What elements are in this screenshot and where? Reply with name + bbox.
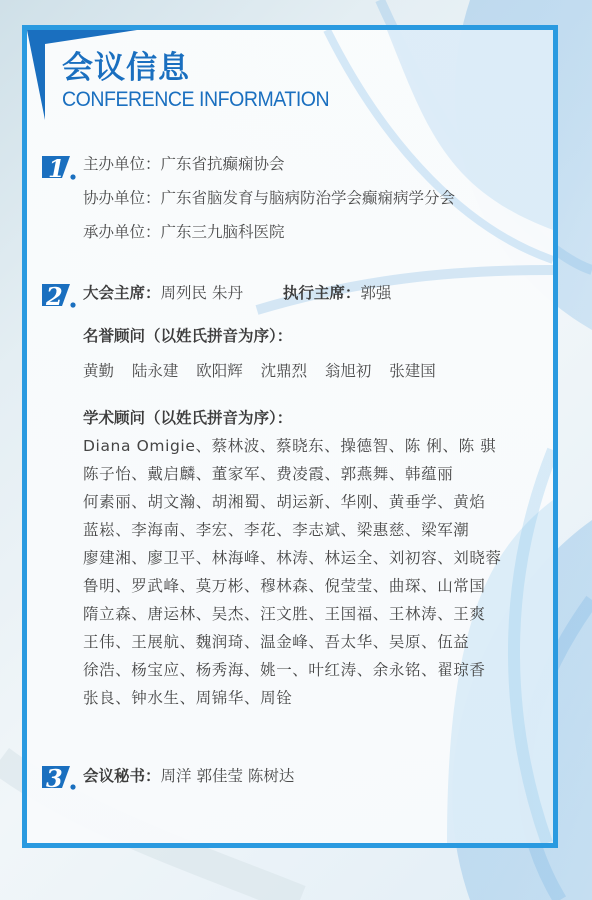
academic-advisors-line: Diana Omigie、蔡林波、蔡晓东、操德智、陈 俐、陈 骐 xyxy=(83,434,496,456)
host-label: 主办单位： xyxy=(83,155,161,173)
exec-chair-label: 执行主席： xyxy=(283,284,361,302)
chair-value: 周列民 朱丹 xyxy=(161,284,243,302)
page-title: 会议信息 xyxy=(62,42,190,87)
organizer-row: 承办单位：广东三九脑科医院 xyxy=(83,220,285,242)
honorary-advisors-heading: 名誉顾问（以姓氏拼音为序）： xyxy=(83,324,292,346)
exec-chair-value: 郭强 xyxy=(360,284,391,302)
svg-text:2: 2 xyxy=(45,282,63,310)
host-row: 主办单位：广东省抗癫痫协会 xyxy=(83,152,285,174)
numeral-3-icon: 3 xyxy=(40,762,80,792)
academic-advisors-line: 蓝崧、李海南、李宏、李花、李志斌、梁惠慈、梁军潮 xyxy=(83,518,469,540)
academic-advisors-line: 鲁明、罗武峰、莫万彬、穆林森、倪莹莹、曲琛、山常国 xyxy=(83,574,486,596)
numeral-2-icon: 2 xyxy=(40,280,80,310)
organizer-value: 广东三九脑科医院 xyxy=(161,223,285,241)
svg-text:3: 3 xyxy=(46,764,63,792)
chair-row: 大会主席：周列民 朱丹 执行主席：郭强 xyxy=(83,281,391,303)
academic-advisors-line: 隋立森、唐运林、吴杰、汪文胜、王国福、王林涛、王爽 xyxy=(83,602,486,624)
academic-advisors-line: 徐浩、杨宝应、杨秀海、姚一、叶红涛、余永铭、翟琼香 xyxy=(83,658,486,680)
academic-advisors-line: 廖建湘、廖卫平、林海峰、林涛、林运全、刘初容、刘晓蓉 xyxy=(83,546,502,568)
organizer-label: 承办单位： xyxy=(83,223,161,241)
co-host-label: 协办单位： xyxy=(83,189,161,207)
secretary-label: 会议秘书： xyxy=(83,767,161,785)
secretary-value: 周洋 郭佳莹 陈树达 xyxy=(161,767,295,785)
chair-label: 大会主席： xyxy=(83,284,161,302)
page-subtitle: CONFERENCE INFORMATION xyxy=(62,88,329,112)
academic-advisors-line: 何素丽、胡文瀚、胡湘蜀、胡运新、华刚、黄垂学、黄焰 xyxy=(83,490,486,512)
honorary-advisors-names: 黄勤 陆永建 欧阳辉 沈鼎烈 翁旭初 张建国 xyxy=(83,359,436,381)
secretary-row: 会议秘书：周洋 郭佳莹 陈树达 xyxy=(83,764,294,786)
academic-advisors-line: 张良、钟水生、周锦华、周铨 xyxy=(83,686,292,708)
numeral-1-icon: 1 xyxy=(40,152,80,182)
academic-advisors-heading: 学术顾问（以姓氏拼音为序）： xyxy=(83,406,292,428)
svg-text:1: 1 xyxy=(48,154,65,182)
academic-advisors-line: 王伟、王展航、魏润琦、温金峰、吾太华、吴原、伍益 xyxy=(83,630,469,652)
co-host-row: 协办单位：广东省脑发育与脑病防治学会癫痫病学分会 xyxy=(83,186,455,208)
co-host-value: 广东省脑发育与脑病防治学会癫痫病学分会 xyxy=(161,189,456,207)
host-value: 广东省抗癫痫协会 xyxy=(161,155,285,173)
academic-advisors-line: 陈子怡、戴启麟、董家军、费凌霞、郭燕舞、韩蕴丽 xyxy=(83,462,453,484)
